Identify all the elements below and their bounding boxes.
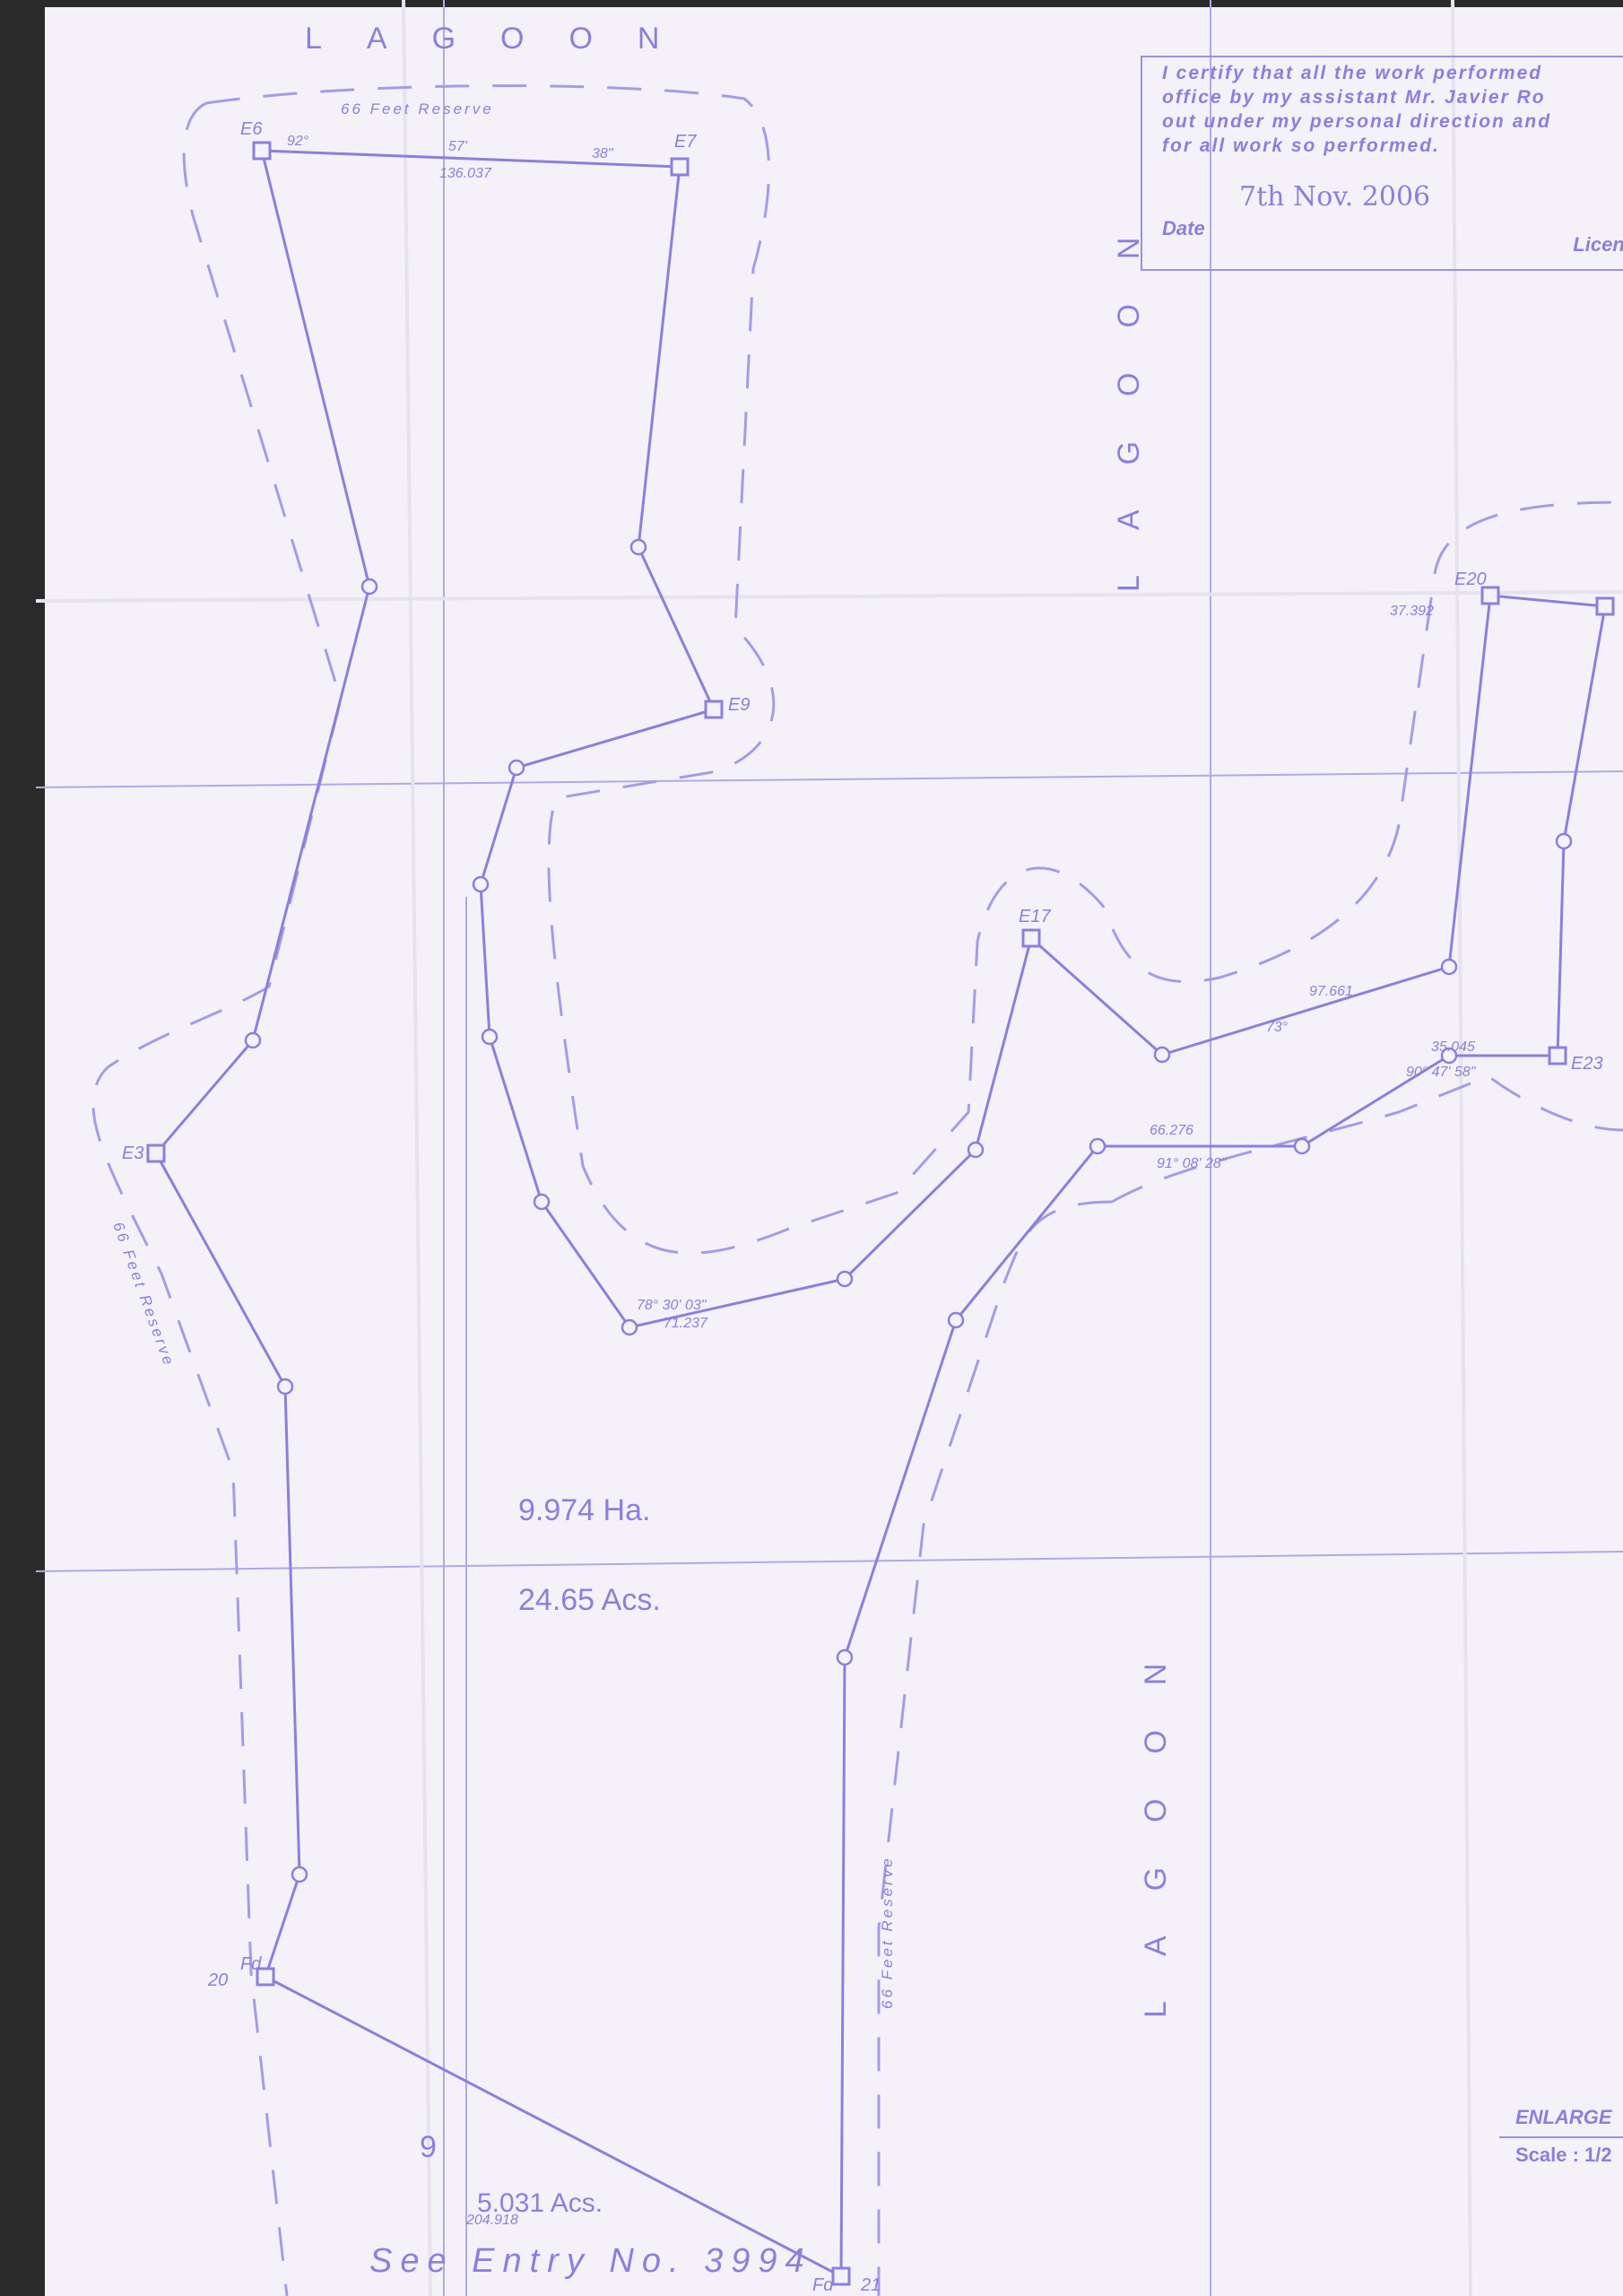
- reserve-label-bottom: 66 Feet Reserve: [879, 1856, 897, 2009]
- lower-parcel-area: 5.031 Acs.: [477, 2188, 603, 2219]
- lagoon-label-middle: LAGOON: [1112, 193, 1147, 592]
- reserve-label-top: 66 Feet Reserve: [341, 100, 494, 118]
- scale-label: Scale : 1/2: [1515, 2144, 1612, 2167]
- svg-text:90° 47' 58": 90° 47' 58": [1406, 1065, 1477, 1080]
- svg-text:E7: E7: [674, 132, 697, 152]
- date-label: Date: [1162, 217, 1205, 240]
- svg-text:E6: E6: [240, 119, 263, 139]
- scale-divider: [1499, 2136, 1623, 2138]
- svg-text:E9: E9: [728, 695, 750, 715]
- svg-text:97.661: 97.661: [1309, 984, 1353, 999]
- lot-number: 9: [420, 2130, 437, 2165]
- svg-text:92°: 92°: [287, 134, 309, 149]
- certification-text: I certify that all the work performed of…: [1162, 61, 1551, 158]
- svg-text:E3: E3: [122, 1144, 143, 1163]
- license-label: Licens: [1573, 233, 1623, 257]
- svg-text:Fd: Fd: [240, 1954, 262, 1974]
- svg-text:73°: 73°: [1266, 1020, 1289, 1035]
- svg-text:57': 57': [448, 139, 468, 154]
- svg-text:66.276: 66.276: [1150, 1123, 1193, 1138]
- svg-text:38": 38": [592, 146, 614, 161]
- lagoon-label-top: LAGOON: [305, 22, 704, 57]
- certification-box: I certify that all the work performed of…: [1141, 56, 1623, 271]
- svg-text:35.045: 35.045: [1431, 1039, 1475, 1055]
- area-hectares: 9.974 Ha.: [518, 1493, 650, 1528]
- station-labels: E6E7E9 E17E20E23 E320Fd 21Fd: [122, 119, 1603, 2295]
- svg-text:Fd: Fd: [812, 2275, 834, 2295]
- enlargement-title: ENLARGE: [1515, 2106, 1612, 2129]
- survey-plan: E6E7E9 E17E20E23 E320Fd 21Fd 92°57'38"13…: [0, 0, 1623, 2296]
- area-acres: 24.65 Acs.: [518, 1583, 661, 1618]
- svg-text:71.237: 71.237: [664, 1316, 708, 1331]
- svg-text:136.037: 136.037: [439, 166, 492, 181]
- svg-text:37.392: 37.392: [1390, 604, 1434, 619]
- signature-date: 7th Nov. 2006: [1239, 181, 1430, 213]
- svg-text:E20: E20: [1454, 570, 1487, 589]
- svg-text:E17: E17: [1019, 907, 1051, 926]
- svg-text:E23: E23: [1571, 1054, 1603, 1074]
- reserve-boundaries: [93, 86, 1623, 2296]
- svg-text:20: 20: [207, 1970, 228, 1990]
- entry-reference: See Entry No. 3994: [369, 2242, 812, 2281]
- lagoon-label-lower: LAGOON: [1139, 1619, 1174, 2018]
- svg-text:21: 21: [860, 2275, 881, 2295]
- svg-text:91° 08' 28": 91° 08' 28": [1157, 1156, 1228, 1171]
- svg-text:78° 30' 03": 78° 30' 03": [637, 1298, 707, 1313]
